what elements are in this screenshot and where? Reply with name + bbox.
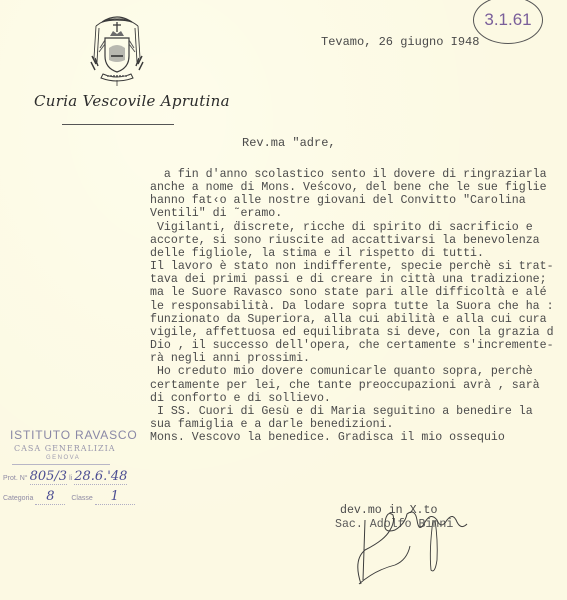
body-line: rà negli anni prossimi.: [150, 352, 560, 365]
valediction: dev.mo in X.to: [340, 504, 437, 517]
body-line: hanno fat‹o alle nostre giovani del Conv…: [150, 194, 560, 207]
salutation: Rev.ma "adre,: [242, 136, 336, 150]
body-line: a fin d'anno scolastico sento il dovere …: [150, 168, 560, 181]
prot-label: Prot. N°: [3, 475, 28, 482]
coat-of-arms-icon: [86, 12, 148, 86]
body-line: Mons. Vescovo la benedice. Gradisca il m…: [150, 431, 560, 444]
receipt-stamp: ISTITUTO RAVASCO CASA GENERALIZIA GENOVA…: [0, 428, 145, 505]
stamp-house-name: CASA GENERALIZIA: [0, 444, 145, 453]
body-line: accorte, si sono riuscite ad accattivars…: [150, 234, 560, 247]
body-line: delle figliole, la stima e il rispetto d…: [150, 247, 560, 260]
body-line: le responsabilità. Da lodare sopra tutte…: [150, 300, 560, 313]
body-line: Dio , il successo dell'opera, che certam…: [150, 339, 560, 352]
body-line: I SS. Cuori di Gesù e di Maria seguitino…: [150, 405, 560, 418]
date-label: li: [69, 475, 72, 482]
body-line: funzionato da Superiora, alla cui abilit…: [150, 313, 560, 326]
letterhead-divider: [62, 124, 174, 125]
body-line: sua famiglia e a darle benedizioni.: [150, 418, 560, 431]
prot-number: 805/3: [30, 469, 67, 485]
body-line: Il lavoro è stato non indifferente, spec…: [150, 260, 560, 273]
letterhead-title: Curia Vescovile Aprutina: [34, 92, 230, 110]
body-line: tava dei primi passi e di creare in citt…: [150, 273, 560, 286]
stamp-city: GENOVA: [0, 455, 145, 461]
class-value: 1: [95, 489, 135, 505]
category-value: 8: [35, 489, 65, 505]
class-label: Classe: [71, 495, 92, 502]
dateline: Tevamo, 26 giugno I948: [321, 35, 479, 49]
stamp-category-row: Categoria 8 Classe 1: [0, 489, 145, 505]
stamp-divider: [12, 464, 110, 465]
body-line: ma le Suore Ravasco sono state pari alle…: [150, 286, 560, 299]
category-label: Categoria: [3, 495, 33, 502]
body-line: Ventili" di ˜eramo.: [150, 207, 560, 220]
body-line: Ho creduto mio dovere comunicarle quanto…: [150, 365, 560, 378]
body-line: di conforto e di sollievo.: [150, 392, 560, 405]
body-line: Vigilanti, ḋiscrete, ricche di spirito d…: [150, 221, 560, 234]
letter-page: Curia Vescovile Aprutina 3.1.61 Tevamo, …: [0, 0, 567, 600]
signatory-name: Sac. Adolfo Binni: [335, 518, 453, 531]
body-line: certamente per lei, che tante preoccupaz…: [150, 379, 560, 392]
archive-number-stamp: 3.1.61: [473, 0, 543, 44]
body-line: vigile, affettuosa ed equilibrata si dev…: [150, 326, 560, 339]
prot-date: 28.6.'48: [74, 469, 127, 485]
letter-body: a fin d'anno scolastico sento il dovere …: [150, 168, 560, 444]
stamp-institute-name: ISTITUTO RAVASCO: [0, 428, 145, 442]
body-line: anche a nome di Mons. Veścovo, del bene …: [150, 181, 560, 194]
stamp-protocol-row: Prot. N° 805/3 li 28.6.'48: [0, 469, 145, 485]
